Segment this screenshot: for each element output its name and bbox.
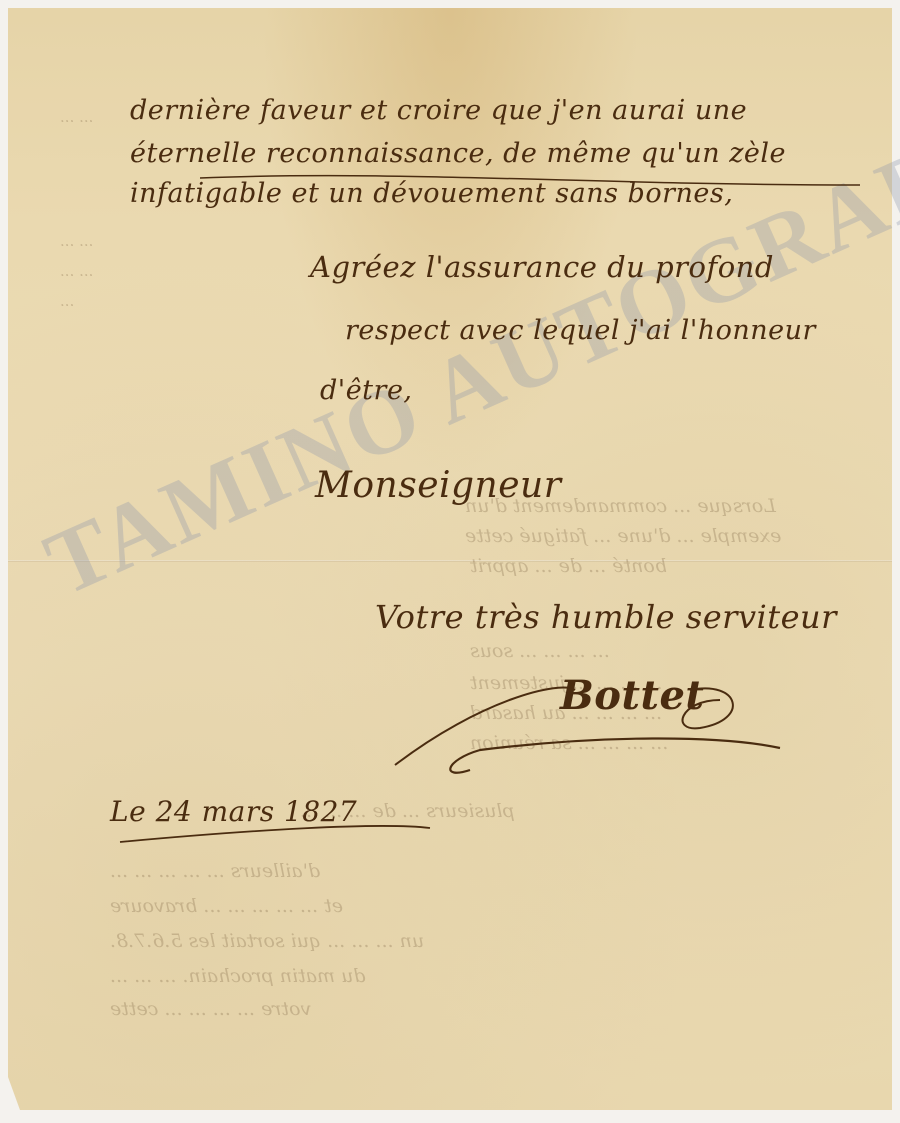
letter-date: Le 24 mars 1827 [110,795,357,828]
signature-flourish [0,0,900,1123]
